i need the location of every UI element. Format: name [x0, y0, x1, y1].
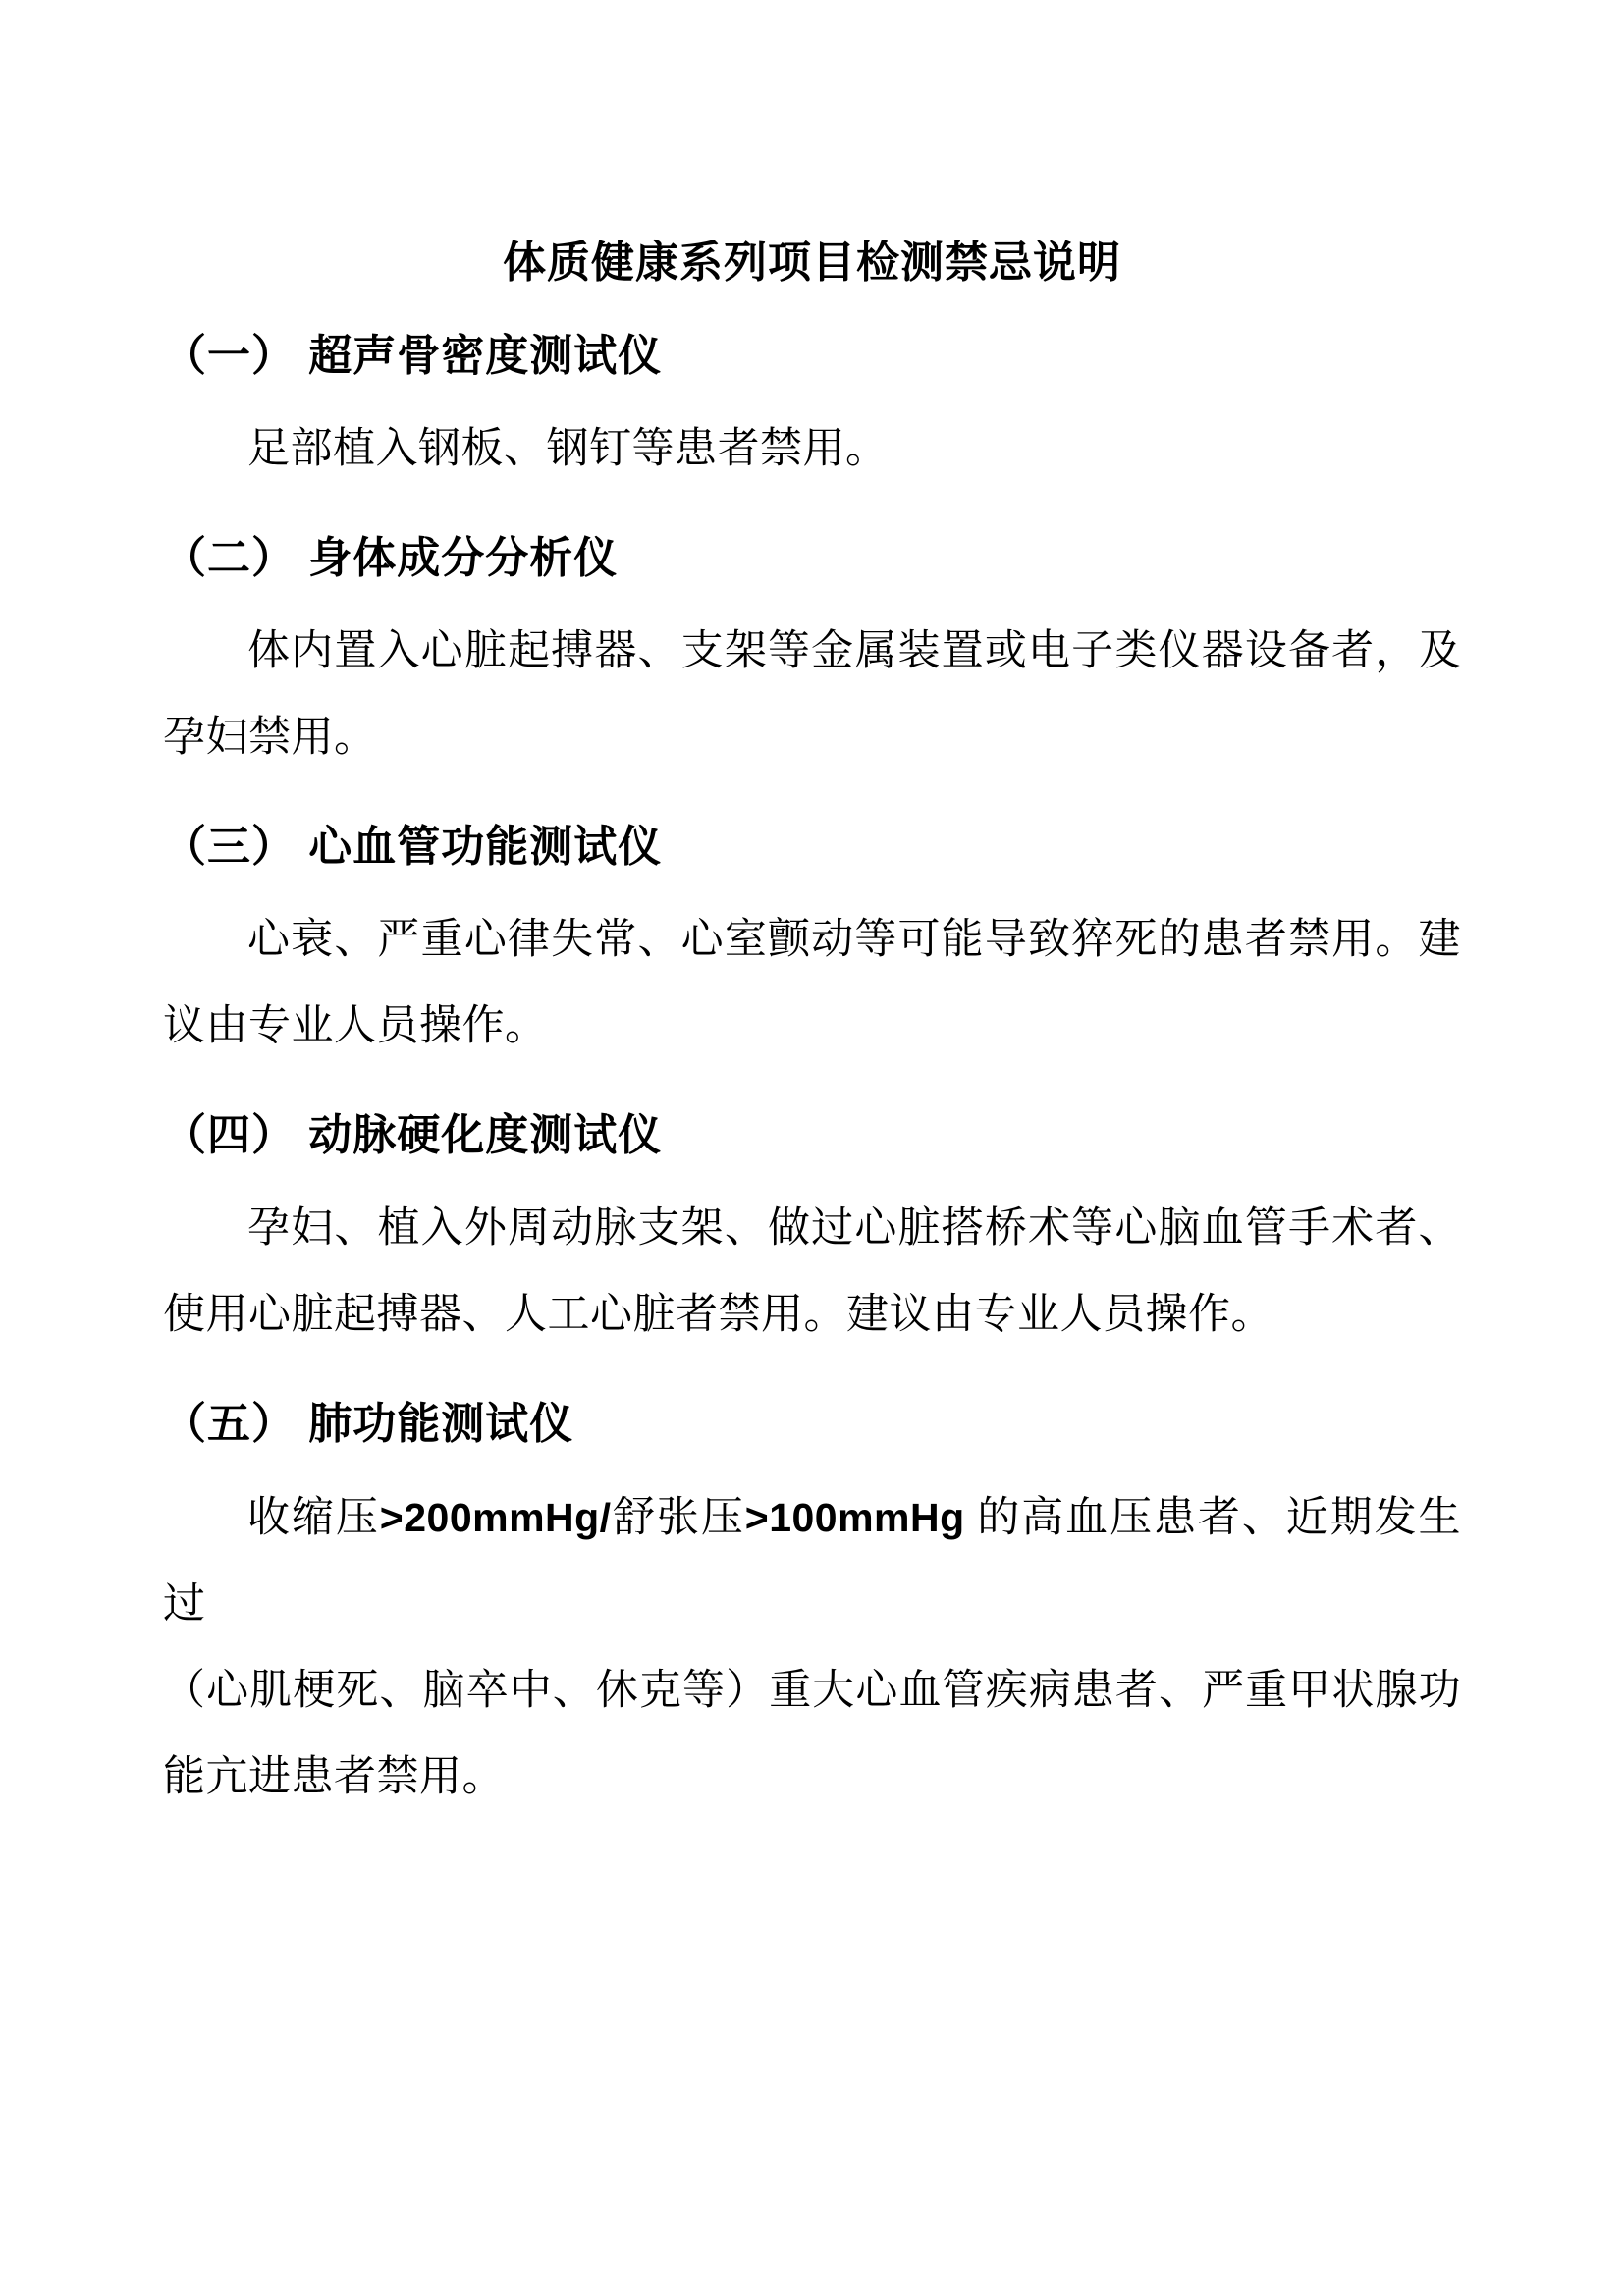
section-3-cardiovascular-function: （三） 心血管功能测试仪 心衰、严重心律失常、心室颤动等可能导致猝死的患者禁用。… — [163, 817, 1461, 1070]
section-3-body-line-2: 议由专业人员操作。 — [163, 984, 1461, 1070]
document-page: 体质健康系列项目检测禁忌说明 （一） 超声骨密度测试仪 足部植入钢板、钢钉等患者… — [0, 0, 1624, 2296]
section-2-heading: （二） 身体成分分析仪 — [163, 528, 1461, 589]
section-3-heading: （三） 心血管功能测试仪 — [163, 817, 1461, 878]
section-4-arterial-stiffness: （四） 动脉硬化度测试仪 孕妇、植入外周动脉支架、做过心脏搭桥术等心脑血管手术者… — [163, 1105, 1461, 1359]
section-4-body-line-2: 使用心脏起搏器、人工心脏者禁用。建议由专业人员操作。 — [163, 1272, 1461, 1359]
systolic-pressure-text: 收缩压 — [247, 1495, 380, 1541]
section-5-body-line-2: （心肌梗死、脑卒中、休克等）重大心血管疾病患者、严重甲状腺功 — [163, 1648, 1461, 1735]
section-5-lung-function: （五） 肺功能测试仪 收缩压>200mmHg/舒张压>100mmHg 的高血压患… — [163, 1394, 1461, 1821]
section-4-body-line-1: 孕妇、植入外周动脉支架、做过心脏搭桥术等心脑血管手术者、 — [163, 1186, 1461, 1272]
section-2-body-line-2: 孕妇禁用。 — [163, 695, 1461, 781]
section-5-body-line-3: 能亢进患者禁用。 — [163, 1735, 1461, 1821]
document-title: 体质健康系列项目检测禁忌说明 — [163, 236, 1461, 291]
section-2-body-composition: （二） 身体成分分析仪 体内置入心脏起搏器、支架等金属装置或电子类仪器设备者，及… — [163, 528, 1461, 781]
section-2-body-line-1: 体内置入心脏起搏器、支架等金属装置或电子类仪器设备者，及 — [163, 609, 1461, 695]
section-1-heading: （一） 超声骨密度测试仪 — [163, 326, 1461, 387]
diastolic-pressure-value: >100mmHg — [745, 1495, 965, 1540]
diastolic-pressure-text: 舒张压 — [612, 1495, 745, 1541]
section-1-body-line-1: 足部植入钢板、钢钉等患者禁用。 — [163, 406, 1461, 493]
section-3-body-line-1: 心衰、严重心律失常、心室颤动等可能导致猝死的患者禁用。建 — [163, 897, 1461, 984]
section-4-heading: （四） 动脉硬化度测试仪 — [163, 1105, 1461, 1166]
section-5-body-line-1: 收缩压>200mmHg/舒张压>100mmHg 的高血压患者、近期发生过 — [163, 1474, 1461, 1648]
section-5-heading: （五） 肺功能测试仪 — [163, 1394, 1461, 1455]
systolic-pressure-value: >200mmHg/ — [380, 1495, 612, 1540]
section-1-ultrasound-bone-density: （一） 超声骨密度测试仪 足部植入钢板、钢钉等患者禁用。 — [163, 326, 1461, 493]
